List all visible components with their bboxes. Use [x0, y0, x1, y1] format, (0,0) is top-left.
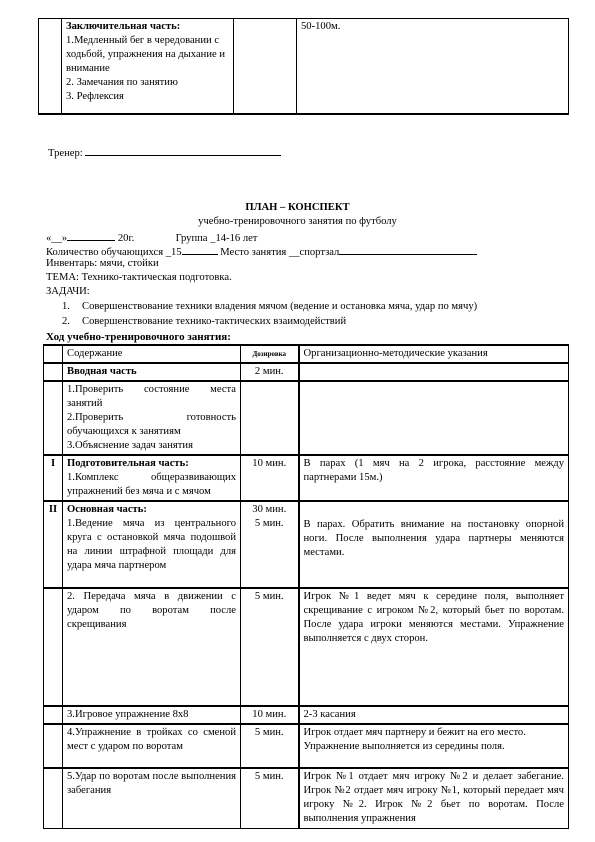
row-org: В парах. Обратить внимание на постановку…: [299, 501, 569, 588]
task-item: 1.Совершенствование техники владения мяч…: [62, 300, 477, 314]
row-dose: 30 мин. 5 мин.: [241, 501, 299, 588]
place-blank: [339, 243, 477, 255]
row-org: Игрок №1 ведет мяч к середине поля, выпо…: [299, 588, 569, 706]
page-title: ПЛАН – КОНСПЕКТ: [0, 201, 595, 215]
table-header-row: Содержание Дозировка Организационно-мето…: [44, 345, 569, 363]
org-cell: 50-100м.: [297, 19, 569, 114]
row-number-cell: [39, 19, 62, 114]
row-dose: [241, 381, 299, 455]
item-dose: 5 мин.: [243, 517, 296, 531]
content-line: 1.Комплекс общеразвивающих упражнений бе…: [67, 471, 236, 499]
table-row: 1.Проверить состояние места занятий 2.Пр…: [44, 381, 569, 455]
lesson-table: Содержание Дозировка Организационно-мето…: [43, 344, 569, 829]
content-cell: Заключительная часть: 1.Медленный бег в …: [62, 19, 234, 114]
content-line: 1.Ведение мяча из центрального круга с о…: [67, 517, 236, 573]
content-line: 1.Медленный бег в чередовании с ходьбой,…: [66, 34, 229, 76]
section-title: Заключительная часть:: [66, 20, 229, 34]
row-number: II: [44, 501, 63, 588]
task-item: 2.Совершенствование технико-тактических …: [62, 315, 346, 329]
section-dose: 30 мин.: [243, 503, 296, 517]
content-line: 2.Проверить готовность обучающихся к зан…: [67, 411, 236, 439]
row-dose: 10 мин.: [241, 706, 299, 724]
task-number: 1.: [62, 300, 82, 314]
org-text: В парах. Обратить внимание на постановку…: [304, 518, 565, 560]
date-blank: [67, 229, 115, 241]
row-number: [44, 381, 63, 455]
theme-line: ТЕМА: Технико-тактическая подготовка.: [46, 271, 232, 285]
row-org: В парах (1 мяч на 2 игрока, расстояние м…: [299, 455, 569, 501]
trainer-label: Тренер:: [48, 148, 83, 159]
section-title: Подготовительная часть:: [67, 457, 236, 471]
row-org: [299, 363, 569, 381]
task-text: Совершенствование технико-тактических вз…: [82, 316, 346, 327]
table-row: 4.Упражнение в тройках со сменой мест с …: [44, 724, 569, 768]
trainer-signature: Тренер:: [48, 144, 281, 161]
content-line: 1.Проверить состояние места занятий: [67, 383, 236, 411]
row-number: [44, 768, 63, 828]
header-num: [44, 345, 63, 363]
table-row: Заключительная часть: 1.Медленный бег в …: [39, 19, 569, 114]
row-content: Основная часть: 1.Ведение мяча из центра…: [63, 501, 241, 588]
count-blank: [182, 243, 218, 255]
header-org: Организационно-методические указания: [299, 345, 569, 363]
closing-part-table: Заключительная часть: 1.Медленный бег в …: [38, 18, 569, 115]
task-number: 2.: [62, 315, 82, 329]
trainer-signature-line[interactable]: [85, 144, 281, 156]
content-line: 3.Объяснение задач занятия: [67, 439, 236, 453]
table-row: 3.Игровое упражнение 8х8 10 мин. 2-3 кас…: [44, 706, 569, 724]
table-row: 2. Передача мяча в движении с ударом по …: [44, 588, 569, 706]
row-number: [44, 363, 63, 381]
section-title: Основная часть:: [67, 503, 236, 517]
content-line: 3. Рефлексия: [66, 90, 229, 104]
row-dose: 5 мин.: [241, 724, 299, 768]
place-label: Место занятия __спортзал: [220, 247, 339, 258]
row-dose: 10 мин.: [241, 455, 299, 501]
row-content: 1.Проверить состояние места занятий 2.Пр…: [63, 381, 241, 455]
row-org: Игрок №1 отдает мяч игроку №2 и делает з…: [299, 768, 569, 828]
row-content: 3.Игровое упражнение 8х8: [63, 706, 241, 724]
row-org: 2-3 касания: [299, 706, 569, 724]
row-dose: 5 мин.: [241, 768, 299, 828]
table-row: 5.Удар по воротам после выполнения забег…: [44, 768, 569, 828]
section-title: Вводная часть: [63, 363, 241, 381]
row-content: 5.Удар по воротам после выполнения забег…: [63, 768, 241, 828]
row-number: [44, 588, 63, 706]
content-line: 2. Замечания по занятию: [66, 76, 229, 90]
row-content: 2. Передача мяча в движении с ударом по …: [63, 588, 241, 706]
task-text: Совершенствование техники владения мячом…: [82, 301, 477, 312]
row-content: 4.Упражнение в тройках со сменой мест с …: [63, 724, 241, 768]
row-number: [44, 724, 63, 768]
header-content: Содержание: [63, 345, 241, 363]
dose-cell: [234, 19, 297, 114]
row-org: Игрок отдает мяч партнеру и бежит на его…: [299, 724, 569, 768]
inventory-line: Инвентарь: мячи, стойки: [46, 257, 159, 271]
table-row: I Подготовительная часть: 1.Комплекс общ…: [44, 455, 569, 501]
course-label: Ход учебно-тренировочного занятия:: [46, 330, 231, 344]
header-dose: Дозировка: [241, 345, 299, 363]
row-org: [299, 381, 569, 455]
row-dose: 2 мин.: [241, 363, 299, 381]
row-number: [44, 706, 63, 724]
table-row: Вводная часть 2 мин.: [44, 363, 569, 381]
row-content: Подготовительная часть: 1.Комплекс общер…: [63, 455, 241, 501]
tasks-label: ЗАДАЧИ:: [46, 285, 90, 299]
table-row: II Основная часть: 1.Ведение мяча из цен…: [44, 501, 569, 588]
page-subtitle: учебно-тренировочного занятия по футболу: [0, 215, 595, 229]
row-number: I: [44, 455, 63, 501]
row-dose: 5 мин.: [241, 588, 299, 706]
